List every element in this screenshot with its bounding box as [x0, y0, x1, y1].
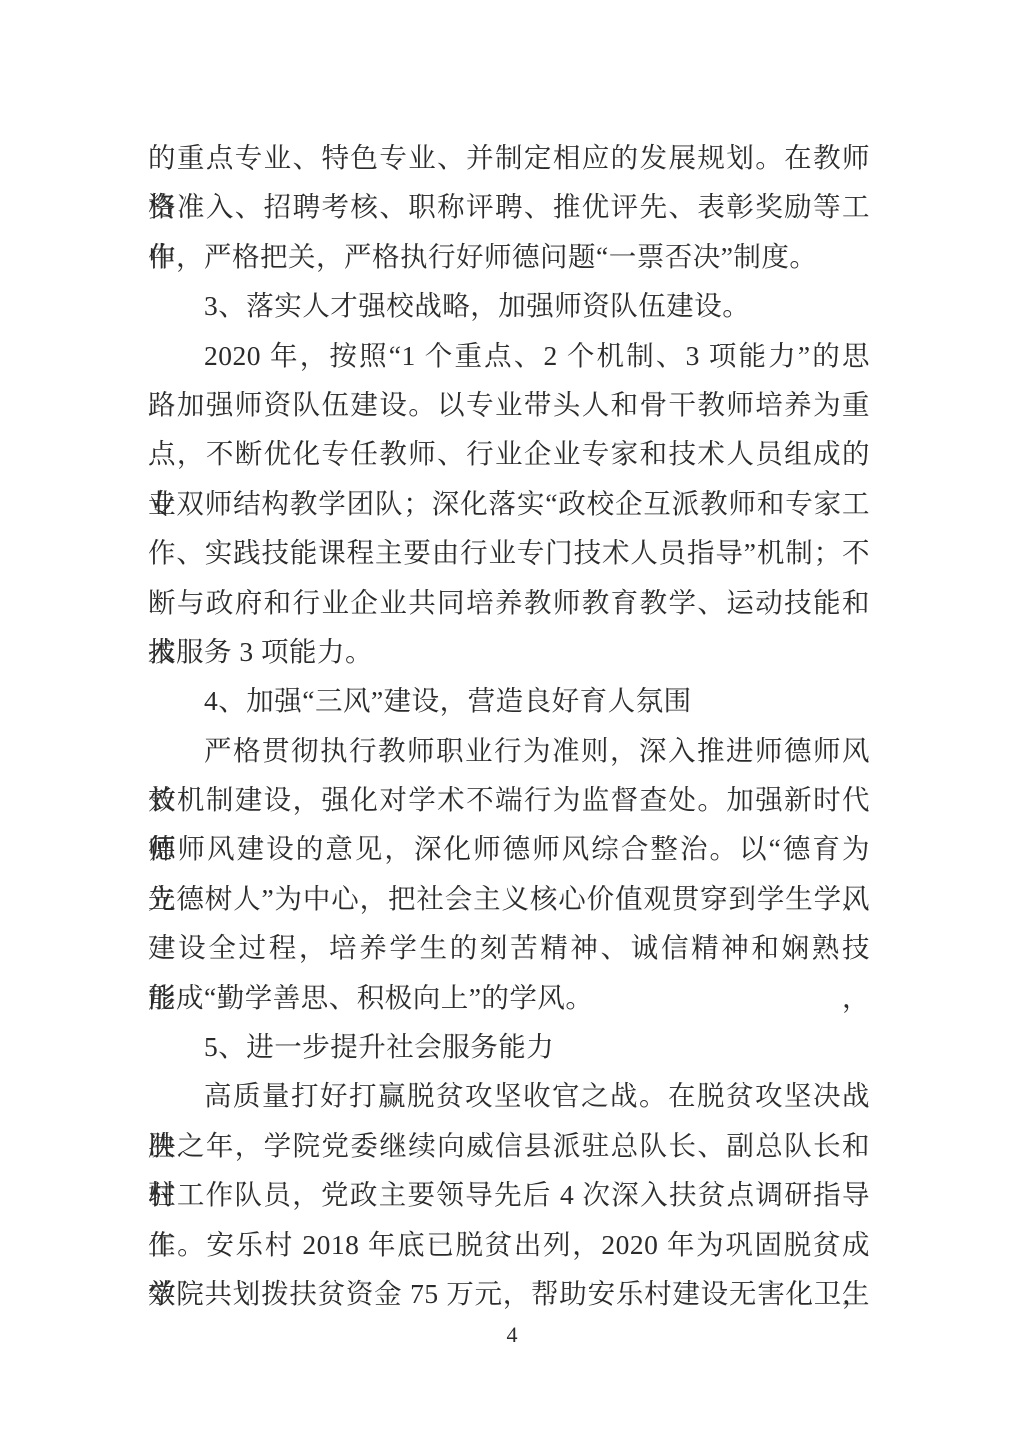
document-body: 的重点专业、特色专业、并制定相应的发展规划。在教师资 格准入、招聘考核、职称评聘…: [148, 133, 870, 1318]
doc-line: 术服务 3 项能力。: [148, 627, 870, 676]
doc-line: 作。安乐村 2018 年底已脱贫出列，2020 年为巩固脱贫成效，: [148, 1220, 870, 1269]
doc-line: 业双师结构教学团队；深化落实“政校企互派教师和专家工: [148, 479, 870, 528]
doc-line: 严格贯彻执行教师职业行为准则，深入推进师德师风长: [148, 726, 870, 775]
section-heading-5: 5、进一步提升社会服务能力: [148, 1022, 870, 1071]
doc-line: 立德树人”为中心，把社会主义核心价值观贯穿到学生学风: [148, 874, 870, 923]
doc-line: 作、实践技能课程主要由行业专门技术人员指导”机制；不: [148, 528, 870, 577]
doc-line: 德师风建设的意见，深化师德师风综合整治。以“德育为先、: [148, 824, 870, 873]
section-heading-3: 3、落实人才强校战略，加强师资队伍建设。: [148, 281, 870, 330]
doc-line: 胜之年，学院党委继续向威信县派驻总队长、副总队长和驻: [148, 1121, 870, 1170]
doc-line: 村工作队员，党政主要领导先后 4 次深入扶贫点调研指导工: [148, 1170, 870, 1219]
doc-line: 断与政府和行业企业共同培养教师教育教学、运动技能和技: [148, 578, 870, 627]
doc-line: 2020 年，按照“1 个重点、2 个机制、3 项能力”的思: [148, 331, 870, 380]
doc-line: 的重点专业、特色专业、并制定相应的发展规划。在教师资: [148, 133, 870, 182]
doc-line: 路加强师资队伍建设。以专业带头人和骨干教师培养为重: [148, 380, 870, 429]
document-page: 的重点专业、特色专业、并制定相应的发展规划。在教师资 格准入、招聘考核、职称评聘…: [0, 0, 1024, 1448]
doc-line: 中，严格把关，严格执行好师德问题“一票否决”制度。: [148, 232, 870, 281]
doc-line: 高质量打好打赢脱贫攻坚收官之战。在脱贫攻坚决战决: [148, 1071, 870, 1120]
doc-line: 效机制建设，强化对学术不端行为监督查处。加强新时代师: [148, 775, 870, 824]
doc-line: 学院共划拨扶贫资金 75 万元，帮助安乐村建设无害化卫生: [148, 1269, 870, 1318]
doc-line: 格准入、招聘考核、职称评聘、推优评先、表彰奖励等工作: [148, 182, 870, 231]
page-number: 4: [0, 1320, 1024, 1350]
doc-line: 点，不断优化专任教师、行业企业专家和技术人员组成的专: [148, 429, 870, 478]
doc-line: 建设全过程，培养学生的刻苦精神、诚信精神和娴熟技能，: [148, 923, 870, 972]
section-heading-4: 4、加强“三风”建设，营造良好育人氛围: [148, 676, 870, 725]
